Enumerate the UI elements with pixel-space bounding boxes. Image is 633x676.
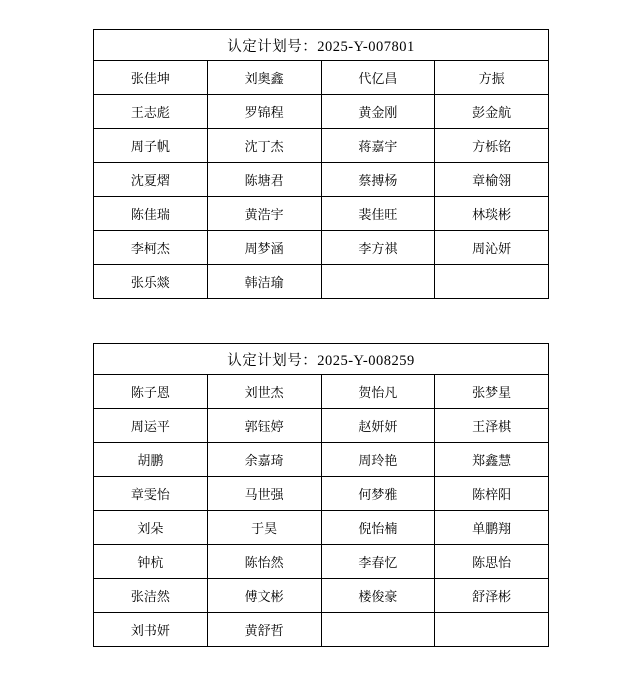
names-table-body: 陈子恩刘世杰贺怡凡张梦星周运平郭钰婷赵妍妍王泽棋胡鹏余嘉琦周玲艳郑鑫慧章雯怡马世…: [94, 375, 549, 647]
name-cell: 蒋嘉宇: [321, 129, 435, 163]
name-cell: 楼俊豪: [321, 579, 435, 613]
name-cell: 周运平: [94, 409, 208, 443]
name-cell: 章雯怡: [94, 477, 208, 511]
name-cell: 李方祺: [321, 231, 435, 265]
name-cell: 陈塘君: [207, 163, 321, 197]
name-cell: 韩洁瑜: [207, 265, 321, 299]
name-cell: 胡鹏: [94, 443, 208, 477]
name-cell: 黄浩宇: [207, 197, 321, 231]
name-cell: 周沁妍: [435, 231, 549, 265]
name-cell: 张佳坤: [94, 61, 208, 95]
empty-cell: [435, 265, 549, 299]
name-cell: 代亿昌: [321, 61, 435, 95]
table-row: 刘朵于昊倪怡楠单鹏翔: [94, 511, 549, 545]
plan-table-008259: 认定计划号：2025-Y-008259 陈子恩刘世杰贺怡凡张梦星周运平郭钰婷赵妍…: [93, 343, 549, 647]
table-row: 刘书妍黄舒哲: [94, 613, 549, 647]
name-cell: 何梦雅: [321, 477, 435, 511]
empty-cell: [321, 613, 435, 647]
name-cell: 周子帆: [94, 129, 208, 163]
table-row: 张佳坤刘奥鑫代亿昌方振: [94, 61, 549, 95]
table-row: 李柯杰周梦涵李方祺周沁妍: [94, 231, 549, 265]
name-cell: 刘奥鑫: [207, 61, 321, 95]
name-cell: 陈思怡: [435, 545, 549, 579]
name-cell: 倪怡楠: [321, 511, 435, 545]
name-cell: 郭钰婷: [207, 409, 321, 443]
name-cell: 周玲艳: [321, 443, 435, 477]
name-cell: 周梦涵: [207, 231, 321, 265]
name-cell: 傅文彬: [207, 579, 321, 613]
table-row: 沈夏熠陈塘君蔡搏杨章榆翎: [94, 163, 549, 197]
table-row: 周子帆沈丁杰蒋嘉宇方栎铭: [94, 129, 549, 163]
name-cell: 彭金航: [435, 95, 549, 129]
name-cell: 单鹏翔: [435, 511, 549, 545]
table-title-row: 认定计划号：2025-Y-007801: [94, 30, 549, 61]
name-cell: 赵妍妍: [321, 409, 435, 443]
name-cell: 郑鑫慧: [435, 443, 549, 477]
name-cell: 王志彪: [94, 95, 208, 129]
names-table-body: 张佳坤刘奥鑫代亿昌方振王志彪罗锦程黄金刚彭金航周子帆沈丁杰蒋嘉宇方栎铭沈夏熠陈塘…: [94, 61, 549, 299]
name-cell: 王泽棋: [435, 409, 549, 443]
name-cell: 陈梓阳: [435, 477, 549, 511]
name-cell: 陈子恩: [94, 375, 208, 409]
name-cell: 方振: [435, 61, 549, 95]
plan-table-007801: 认定计划号：2025-Y-007801 张佳坤刘奥鑫代亿昌方振王志彪罗锦程黄金刚…: [93, 29, 549, 299]
name-cell: 贺怡凡: [321, 375, 435, 409]
name-cell: 蔡搏杨: [321, 163, 435, 197]
empty-cell: [435, 613, 549, 647]
name-cell: 张梦星: [435, 375, 549, 409]
table-row: 章雯怡马世强何梦雅陈梓阳: [94, 477, 549, 511]
name-cell: 刘朵: [94, 511, 208, 545]
table-title-row: 认定计划号：2025-Y-008259: [94, 344, 549, 375]
table-row: 钟杭陈怡然李春忆陈思怡: [94, 545, 549, 579]
plan-number-title: 认定计划号：2025-Y-007801: [94, 30, 549, 61]
table-row: 胡鹏余嘉琦周玲艳郑鑫慧: [94, 443, 549, 477]
name-cell: 黄舒哲: [207, 613, 321, 647]
name-cell: 罗锦程: [207, 95, 321, 129]
plan-number-title: 认定计划号：2025-Y-008259: [94, 344, 549, 375]
name-cell: 林琰彬: [435, 197, 549, 231]
empty-cell: [321, 265, 435, 299]
name-cell: 于昊: [207, 511, 321, 545]
name-cell: 裴佳旺: [321, 197, 435, 231]
name-cell: 钟杭: [94, 545, 208, 579]
name-cell: 舒泽彬: [435, 579, 549, 613]
plan-table-header: 认定计划号：2025-Y-007801: [94, 30, 549, 61]
document-page: 认定计划号：2025-Y-007801 张佳坤刘奥鑫代亿昌方振王志彪罗锦程黄金刚…: [0, 0, 633, 676]
name-cell: 刘世杰: [207, 375, 321, 409]
name-cell: 陈怡然: [207, 545, 321, 579]
name-cell: 李柯杰: [94, 231, 208, 265]
name-cell: 张乐燚: [94, 265, 208, 299]
name-cell: 李春忆: [321, 545, 435, 579]
table-row: 陈佳瑞黄浩宇裴佳旺林琰彬: [94, 197, 549, 231]
plan-table-header: 认定计划号：2025-Y-008259: [94, 344, 549, 375]
name-cell: 方栎铭: [435, 129, 549, 163]
name-cell: 余嘉琦: [207, 443, 321, 477]
table-row: 陈子恩刘世杰贺怡凡张梦星: [94, 375, 549, 409]
name-cell: 马世强: [207, 477, 321, 511]
name-cell: 刘书妍: [94, 613, 208, 647]
table-row: 周运平郭钰婷赵妍妍王泽棋: [94, 409, 549, 443]
name-cell: 陈佳瑞: [94, 197, 208, 231]
name-cell: 沈丁杰: [207, 129, 321, 163]
name-cell: 沈夏熠: [94, 163, 208, 197]
name-cell: 张洁然: [94, 579, 208, 613]
table-row: 张洁然傅文彬楼俊豪舒泽彬: [94, 579, 549, 613]
table-row: 张乐燚韩洁瑜: [94, 265, 549, 299]
name-cell: 黄金刚: [321, 95, 435, 129]
table-row: 王志彪罗锦程黄金刚彭金航: [94, 95, 549, 129]
name-cell: 章榆翎: [435, 163, 549, 197]
